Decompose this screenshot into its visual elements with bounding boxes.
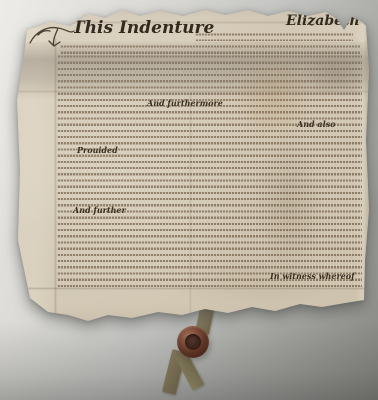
- horizontal-fold-crease: [14, 90, 372, 93]
- heading-and-further: And further: [73, 206, 126, 214]
- vertical-fold-crease: [54, 38, 57, 318]
- heading-in-witness-whereof: In witness whereof: [270, 272, 355, 280]
- parchment-document: This Indenture Elizabeth And furthermore…: [14, 8, 372, 324]
- wax-seal: [177, 326, 209, 358]
- plica-fold-crease: [14, 287, 372, 290]
- vertical-fold-crease: [189, 93, 192, 313]
- heading-and-also: And also: [297, 120, 335, 128]
- wax-seal-impression: [185, 334, 201, 350]
- pen-flourish-icon: [28, 19, 76, 51]
- manuscript-first-line: [195, 32, 353, 41]
- monarch-calligraphy: Elizabeth: [286, 14, 360, 28]
- heading-and-furthermore: And furthermore: [147, 99, 223, 107]
- heading-provided: Prouided: [77, 146, 118, 154]
- photo-background: This Indenture Elizabeth And furthermore…: [0, 0, 378, 400]
- opening-calligraphy: This Indenture: [72, 20, 214, 37]
